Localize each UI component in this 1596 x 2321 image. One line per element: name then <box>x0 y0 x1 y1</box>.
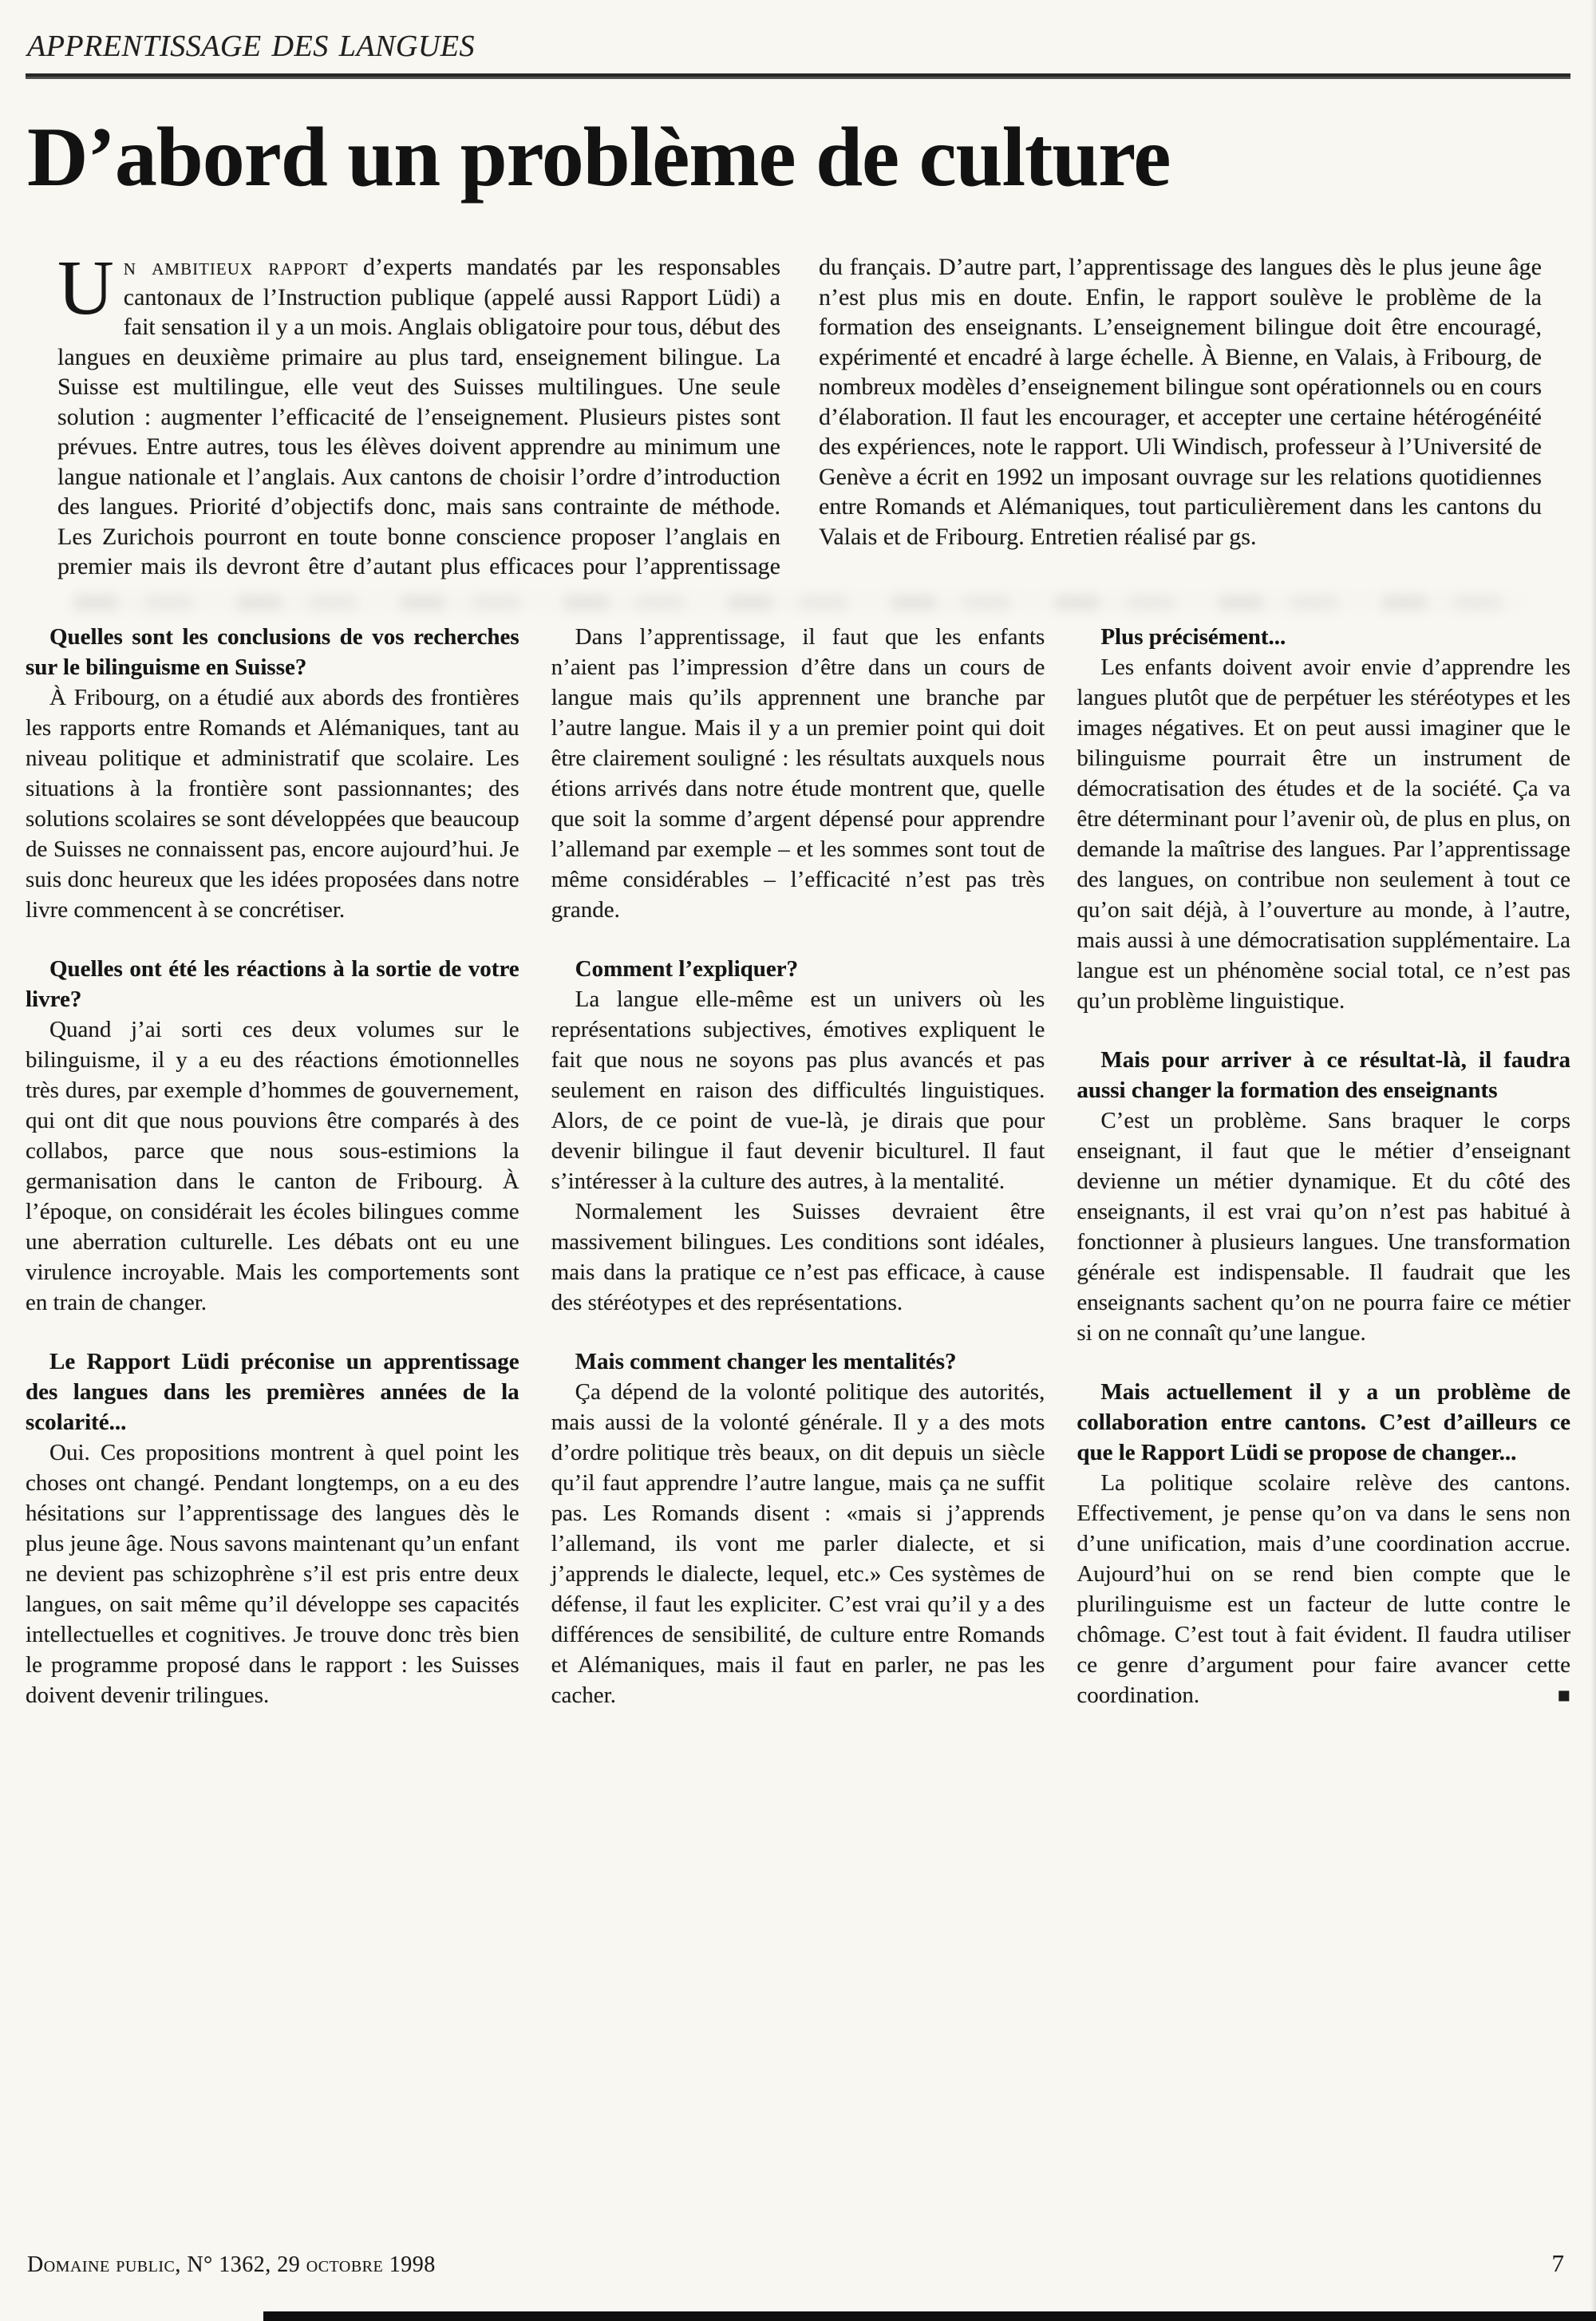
question-heading: Comment l’expliquer? <box>551 954 1045 984</box>
section-kicker: APPRENTISSAGE DES LANGUES <box>26 29 1570 64</box>
footer-journal-line: Domaine public, N° 1362, 29 octobre 1998 <box>27 2252 436 2278</box>
question-heading: Quelles sont les conclusions de vos rech… <box>26 622 519 682</box>
lede-smallcaps: n ambitieux rapport <box>124 254 349 280</box>
scan-edge-shade <box>1590 0 1596 2321</box>
scan-edge-artifact <box>263 2311 1596 2321</box>
answer-paragraph: La politique scolaire relève des cantons… <box>1077 1468 1570 1710</box>
question-heading: Plus précisément... <box>1077 622 1570 652</box>
article-column-2: Dans l’apprentissage, il faut que les en… <box>551 622 1045 1710</box>
answer-paragraph: Quand j’ai sorti ces deux volumes sur le… <box>26 1014 519 1318</box>
answer-paragraph: Normalement les Suisses devraient être m… <box>551 1196 1045 1318</box>
answer-paragraph: C’est un problème. Sans braquer le corps… <box>1077 1105 1570 1348</box>
question-heading: Le Rapport Lüdi préconise un apprentissa… <box>26 1346 519 1437</box>
header-rule <box>26 73 1570 79</box>
answer-paragraph: Ça dépend de la volonté politique des au… <box>551 1377 1045 1710</box>
end-of-article-marker: ■ <box>1534 1680 1570 1710</box>
footer-page-number: 7 <box>1552 2249 1565 2278</box>
question-heading: Quelles ont été les réactions à la sorti… <box>26 954 519 1014</box>
lede-text: d’experts mandatés par les responsables … <box>57 254 1542 579</box>
answer-paragraph: Dans l’apprentissage, il faut que les en… <box>551 622 1045 925</box>
article-title: D’abord un problème de culture <box>27 113 1570 201</box>
article-column-1: Quelles sont les conclusions de vos rech… <box>26 622 519 1710</box>
print-artifact <box>73 595 1523 611</box>
question-heading: Mais pour arriver à ce résultat-là, il f… <box>1077 1045 1570 1105</box>
article-body: Quelles sont les conclusions de vos rech… <box>26 622 1570 1710</box>
question-heading: Mais comment changer les mentalités? <box>551 1346 1045 1377</box>
lede-paragraph: Un ambitieux rapport d’experts mandatés … <box>57 252 1542 582</box>
answer-paragraph: À Fribourg, on a étudié aux abords des f… <box>26 682 519 925</box>
question-heading: Mais actuellement il y a un problème de … <box>1077 1377 1570 1468</box>
drop-cap: U <box>57 252 124 318</box>
page-footer: Domaine public, N° 1362, 29 octobre 1998… <box>27 2249 1564 2278</box>
answer-paragraph: Les enfants doivent avoir envie d’appren… <box>1077 652 1570 1016</box>
answer-paragraph: Oui. Ces propositions montrent à quel po… <box>26 1437 519 1710</box>
answer-paragraph: La langue elle-même est un univers où le… <box>551 984 1045 1196</box>
article-column-3: Plus précisément...Les enfants doivent a… <box>1077 622 1570 1710</box>
newspaper-page: APPRENTISSAGE DES LANGUES D’abord un pro… <box>0 0 1596 2321</box>
